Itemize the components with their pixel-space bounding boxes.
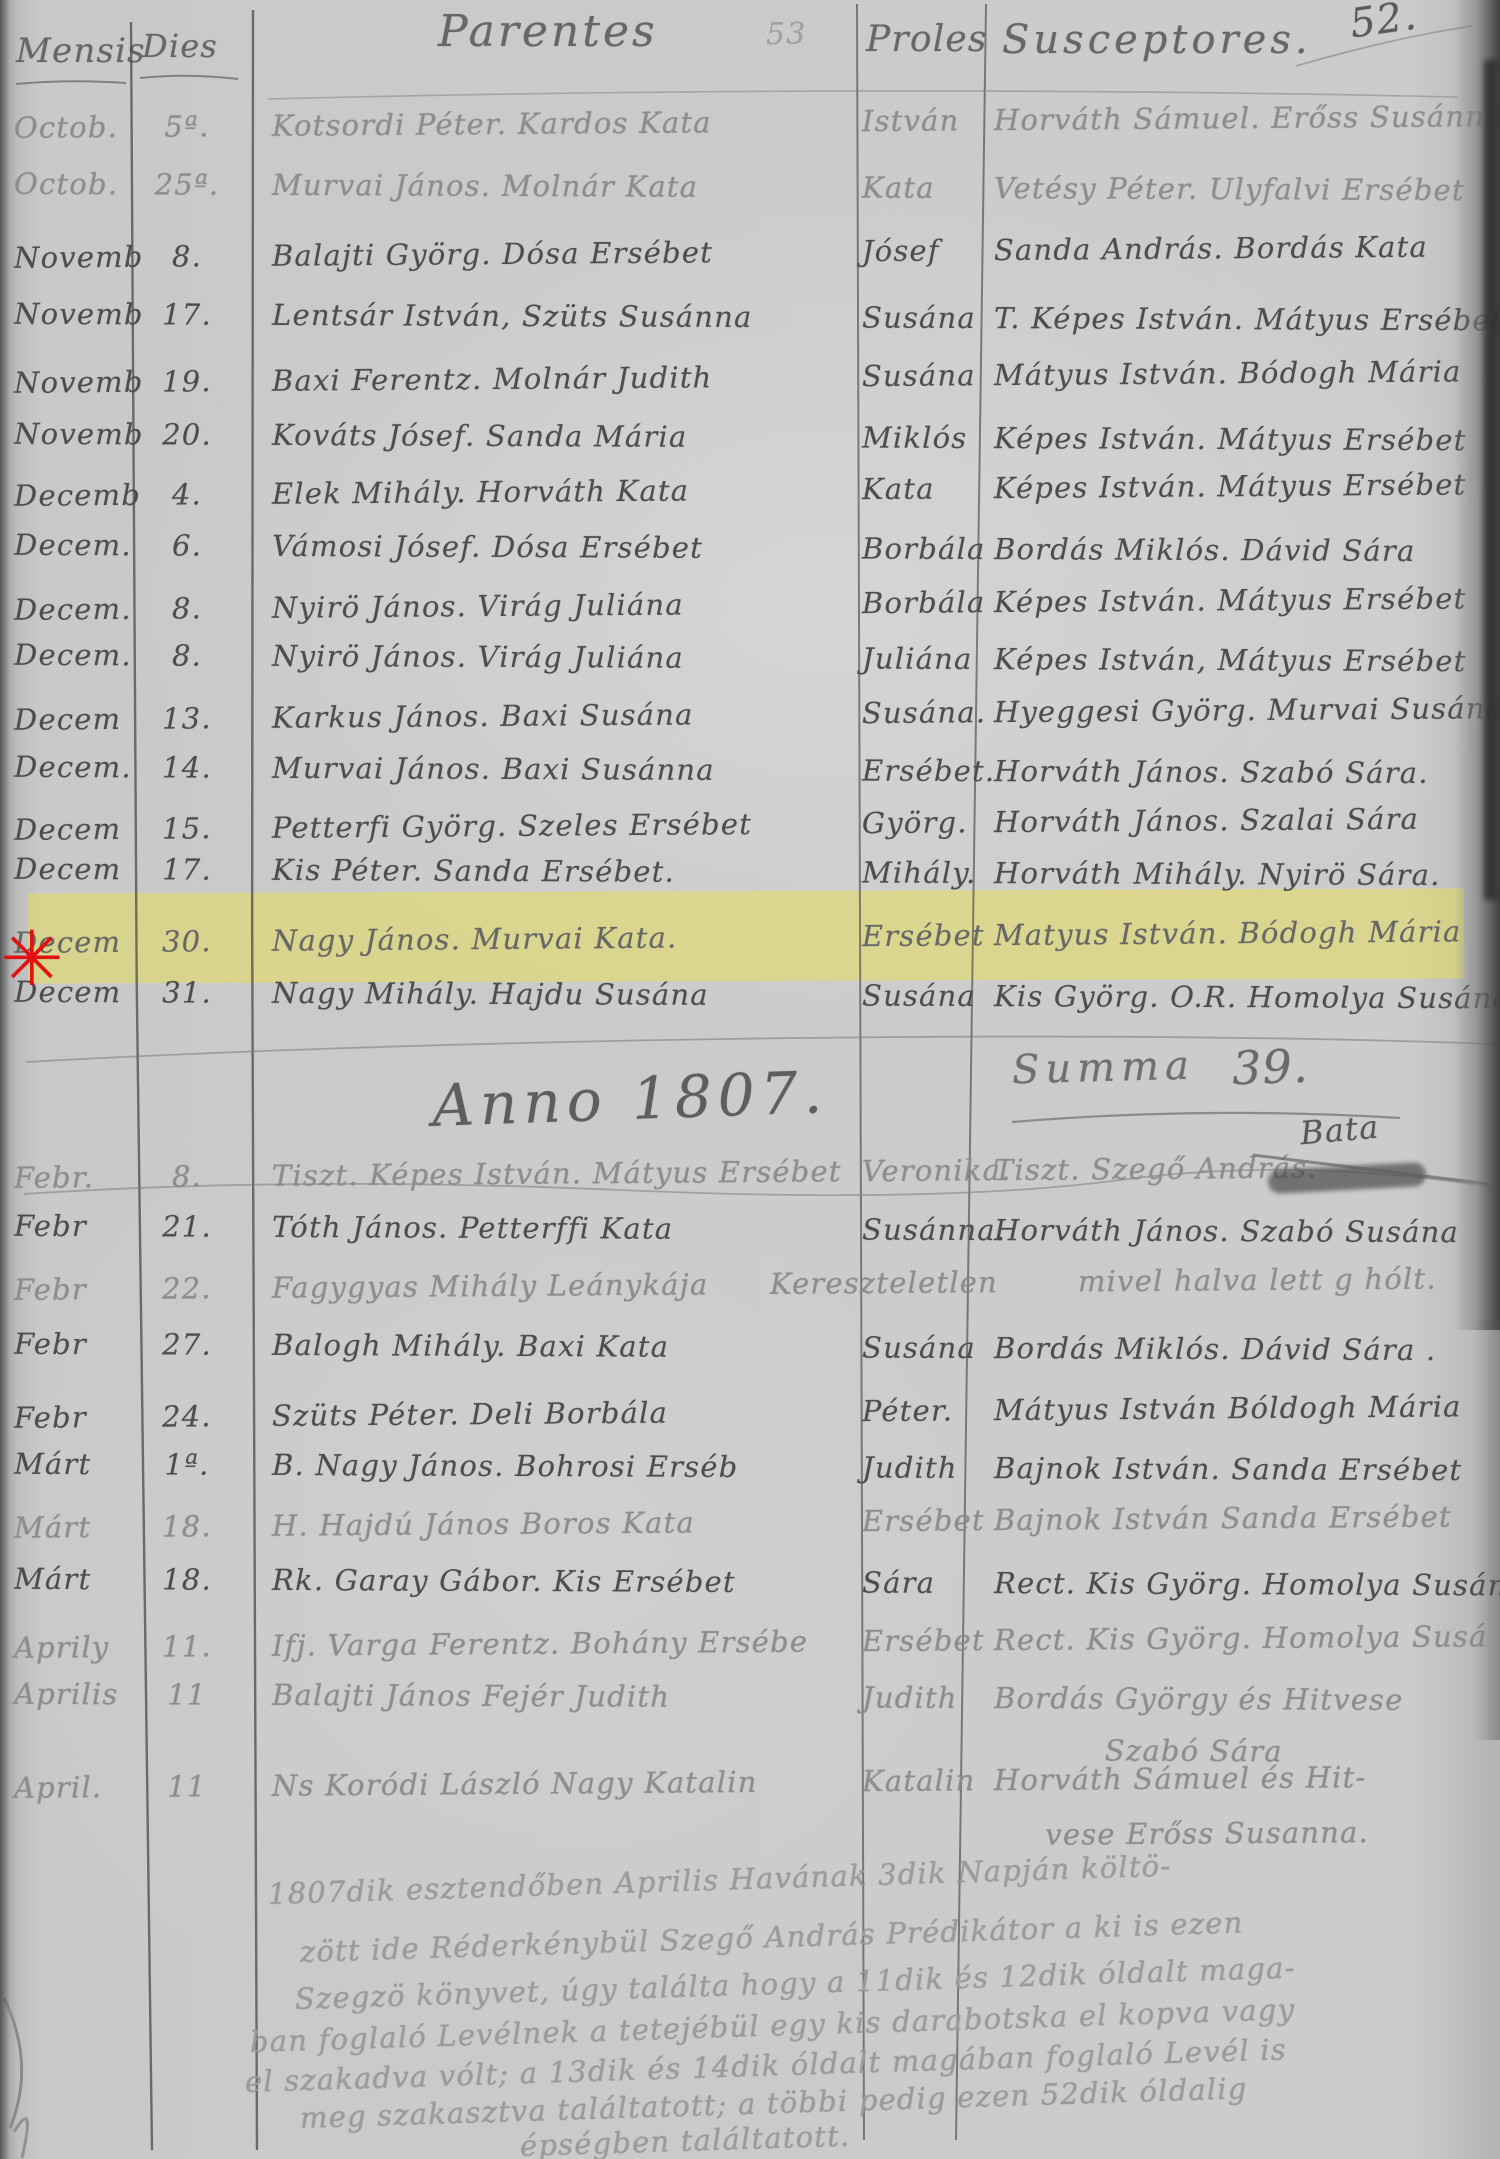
page-edge-dark-streak [1484, 60, 1498, 900]
record-row: Aprilis 11 Balajti János Fejér Judith Ju… [0, 1680, 1500, 1739]
day-cell: 8. [136, 594, 238, 624]
month-cell: Decem [14, 855, 136, 885]
month-cell: Decemb [14, 481, 136, 511]
month-cell: Febr. [14, 1163, 136, 1193]
susceptores-cell: Horváth Sámuel és Hit- [994, 1763, 1367, 1795]
record-row: Decem 31. Nagy Mihály. Hajdu Susána Susá… [0, 978, 1500, 1037]
day-cell: 1ª. [136, 1450, 238, 1479]
susceptores-cell-line2: vese Erőss Susanna. [1045, 1818, 1369, 1850]
parentes-cell: Karkus János. Baxi Susána [272, 700, 694, 732]
parentes-cell: Balajti János Fejér Judith [272, 1681, 670, 1712]
day-cell: 19. [136, 367, 238, 397]
month-cell: Febr [14, 1403, 136, 1433]
susceptores-cell: Horváth János. Szabó Susána [994, 1216, 1459, 1247]
record-row: Márt 18. Rk. Garay Gábor. Kis Ersébet Sá… [0, 1565, 1500, 1624]
proles-cell: Judith [862, 1453, 958, 1482]
proles-cell: István [862, 106, 960, 136]
day-cell: 18. [136, 1565, 238, 1594]
parentes-cell: Nagy Mihály. Hajdu Susána [272, 979, 709, 1010]
month-cell: Novemb [14, 243, 136, 273]
record-row: Novemb 17. Lentsár István, Szüts Susánna… [0, 300, 1500, 359]
parentes-cell: Balajti Györg. Dósa Ersébet [272, 238, 713, 270]
parentes-cell: Baxi Ferentz. Molnár Judith [272, 363, 713, 395]
proles-cell: Kereszteletlen [770, 1268, 998, 1299]
month-cell: Febr [14, 1212, 136, 1242]
day-cell: 6. [136, 531, 238, 560]
record-row: Decem 17. Kis Péter. Sanda Ersébet. Mihá… [0, 855, 1500, 914]
susceptores-cell: Bordás Miklós. Dávid Sára . [994, 1334, 1436, 1365]
red-asterisk-marker: ✳ [0, 914, 64, 1003]
susceptores-cell: Kis Györg. O.R. Homolya Susána [994, 982, 1500, 1013]
susceptores-cell: Horváth János. Szalai Sára [994, 805, 1419, 837]
proles-cell: Juliána [862, 644, 973, 673]
susceptores-cell: Sanda András. Bordás Kata [994, 233, 1428, 265]
month-cell: Aprily [14, 1633, 136, 1663]
parentes-cell: Rk. Garay Gábor. Kis Ersébet [272, 1566, 736, 1597]
parentes-cell: Elek Mihály. Horváth Kata [272, 476, 690, 508]
month-cell: Decem. [14, 531, 136, 561]
month-cell: Márt [14, 1565, 136, 1595]
susceptores-cell: T. Képes István. Mátyus Ersébet [994, 304, 1500, 335]
proles-cell: Judith [862, 1683, 958, 1712]
parentes-cell: Nyirö János. Virág Juliána [272, 642, 684, 673]
proles-cell: Györg. [862, 808, 968, 838]
month-cell: Febr [14, 1330, 136, 1360]
proles-cell: Ersébet [862, 1626, 985, 1656]
record-row: Octob. 25ª. Murvai János. Molnár Kata Ka… [0, 170, 1500, 229]
proles-cell: Ersébet [862, 1506, 985, 1536]
day-cell: 31. [136, 978, 238, 1007]
susceptores-cell: Rect. Kis Györg. Homolya Susána [994, 1569, 1500, 1600]
record-row: Decem. 8. Nyirö János. Virág Juliána Jul… [0, 641, 1500, 700]
proles-cell: Ersébet [862, 921, 985, 951]
susceptores-cell: Rect. Kis Györg. Homolya Susá [994, 1622, 1488, 1655]
parentes-cell: Kotsordi Péter. Kardos Kata [272, 108, 712, 140]
day-cell: 27. [136, 1330, 238, 1359]
proles-cell: Susána [862, 981, 976, 1010]
parentes-cell: Szüts Péter. Deli Borbála [272, 1399, 668, 1431]
parentes-cell: Murvai János. Baxi Susánna [272, 754, 715, 785]
section-divider-line [26, 1037, 1494, 1062]
proles-cell: Kata [862, 475, 935, 505]
proles-cell: Veronika. [862, 1156, 1012, 1186]
parentes-cell: B. Nagy János. Bohrosi Erséb [272, 1451, 738, 1482]
proles-cell: Sára [862, 1568, 935, 1597]
susceptores-cell: Bordás Miklós. Dávid Sára [994, 535, 1416, 566]
month-cell: Novemb [14, 368, 136, 398]
proles-cell: Borbála [862, 534, 986, 564]
day-cell: 8. [136, 242, 238, 272]
binding-edge-left [0, 0, 18, 2159]
proles-cell: Péter. [862, 1396, 954, 1426]
day-cell: 30. [136, 927, 238, 957]
susceptores-cell: Képes István, Mátyus Ersébet [994, 645, 1467, 676]
parentes-cell: Tóth János. Petterffi Kata [272, 1213, 673, 1244]
day-cell: 15. [136, 814, 238, 844]
proles-cell: Jósef [862, 237, 940, 267]
parentes-cell: Nagy János. Murvai Kata. [272, 924, 678, 956]
proles-cell: Susána [862, 1333, 976, 1362]
month-cell: Decem. [14, 753, 136, 783]
month-cell: Decem. [14, 641, 136, 671]
susceptores-cell: Képes István. Mátyus Ersébet [994, 584, 1467, 617]
register-page-scan: Mensis Dies Parentes Proles Susceptores.… [0, 0, 1500, 2159]
susceptores-cell: Mátyus István Bóldogh Mária [994, 1392, 1462, 1425]
day-cell: 11 [136, 1772, 238, 1802]
header-underline-long [268, 91, 1458, 99]
proles-cell: Mihály. [862, 858, 977, 887]
parentes-cell: Nyirö János. Virág Juliána [272, 591, 684, 623]
parentes-cell: Vámosi Jósef. Dósa Ersébet [272, 532, 703, 563]
day-cell: 21. [136, 1212, 238, 1241]
month-cell: Febr [14, 1275, 136, 1305]
susceptores-cell: Bajnok István Sanda Ersébet [994, 1502, 1452, 1535]
record-row: Márt 1ª. B. Nagy János. Bohrosi Erséb Ju… [0, 1450, 1500, 1509]
page-edge-right-lower [1474, 1320, 1500, 1740]
day-cell: 5ª. [136, 112, 238, 142]
day-cell: 17. [136, 300, 238, 329]
day-cell: 24. [136, 1402, 238, 1432]
parentes-cell: Petterfi Györg. Szeles Ersébet [272, 810, 752, 843]
day-cell: 14. [136, 753, 238, 782]
susceptores-cell: Mátyus István. Bódogh Mária [994, 357, 1462, 390]
header-underline-dies [140, 76, 238, 79]
proles-cell: Susána. [862, 698, 987, 728]
susceptores-cell: Horváth János. Szabó Sára. [994, 757, 1429, 788]
parentes-cell: H. Hajdú János Boros Kata [272, 1508, 695, 1540]
proles-cell: Miklós [862, 423, 967, 452]
parentes-cell: Ns Koródi László Nagy Katalin [272, 1768, 758, 1801]
susceptores-cell: Vetésy Péter. Ulyfalvi Ersébet [994, 174, 1465, 205]
day-cell: 22. [136, 1274, 238, 1304]
proles-cell: Ersébet. [862, 756, 995, 786]
proles-cell: Susánna. [862, 1215, 1006, 1245]
susceptores-cell: Horváth Sámuel. Erőss Susánna [994, 102, 1500, 135]
month-cell: Decem [14, 815, 136, 845]
footer-note-line: épségben találtatott. [520, 2122, 851, 2159]
parentes-cell: Balogh Mihály. Baxi Kata [272, 1331, 669, 1362]
parentes-cell: Kis Péter. Sanda Ersébet. [272, 856, 675, 887]
susceptores-cell: Matyus István. Bódogh Mária [994, 917, 1462, 950]
susceptores-cell: mivel halva lett g hólt. [1078, 1265, 1437, 1297]
day-cell: 11 [136, 1680, 238, 1709]
day-cell: 25ª. [136, 170, 238, 199]
parentes-cell: Lentsár István, Szüts Susánna [272, 301, 753, 332]
month-cell: Decem. [14, 595, 136, 625]
month-cell: April. [14, 1773, 136, 1803]
proles-cell: Borbála [862, 588, 986, 618]
day-cell: 18. [136, 1512, 238, 1542]
parentes-cell: Kováts Jósef. Sanda Mária [272, 421, 687, 452]
proles-cell: Kata [862, 173, 935, 202]
day-cell: 8. [136, 1162, 238, 1192]
parentes-cell: Fagygyas Mihály Leánykája [272, 1270, 709, 1302]
record-row: April. 11 Ns Koródi László Nagy Katalin … [0, 1762, 1500, 1826]
susceptores-cell: Képes István. Mátyus Ersébet [994, 470, 1467, 503]
page-number-flourish [1296, 26, 1472, 66]
month-cell: Aprilis [14, 1680, 136, 1710]
month-cell: Márt [14, 1513, 136, 1543]
month-cell: Octob. [14, 113, 136, 143]
proles-cell: Katalin [862, 1766, 976, 1796]
record-row: Decem. 6. Vámosi Jósef. Dósa Ersébet Bor… [0, 531, 1500, 590]
header-underline-mensis [16, 81, 126, 84]
month-cell: Márt [14, 1450, 136, 1480]
day-cell: 8. [136, 641, 238, 670]
susceptores-cell: Horváth Mihály. Nyirö Sára. [994, 859, 1441, 890]
proles-cell: Susána [862, 303, 976, 332]
day-cell: 17. [136, 855, 238, 884]
susceptores-cell: Képes István. Mátyus Ersébet [994, 424, 1467, 455]
day-cell: 11. [136, 1632, 238, 1662]
month-cell: Novemb [14, 300, 136, 330]
susceptores-cell: Hyeggesi Györg. Murvai Susána [994, 694, 1500, 727]
day-cell: 20. [136, 420, 238, 449]
month-cell: Novemb [14, 420, 136, 450]
record-row: Febr 27. Balogh Mihály. Baxi Kata Susána… [0, 1330, 1500, 1389]
parentes-cell: Murvai János. Molnár Kata [272, 171, 698, 202]
susceptores-cell: Bajnok István. Sanda Ersébet [994, 1454, 1462, 1485]
parentes-cell: Tiszt. Képes István. Mátyus Ersébet [272, 1157, 842, 1190]
correction-annotation: Bata [1299, 1111, 1381, 1150]
record-row: Febr 21. Tóth János. Petterffi Kata Susá… [0, 1212, 1500, 1271]
day-cell: 4. [136, 480, 238, 510]
day-cell: 13. [136, 704, 238, 734]
parentes-cell: Ifj. Varga Ferentz. Bohány Ersébe [272, 1628, 809, 1661]
month-cell: Octob. [14, 170, 136, 200]
month-cell: Decem [14, 705, 136, 735]
susceptores-cell: Bordás György és Hitvese [994, 1684, 1404, 1715]
proles-cell: Susána [862, 361, 976, 391]
